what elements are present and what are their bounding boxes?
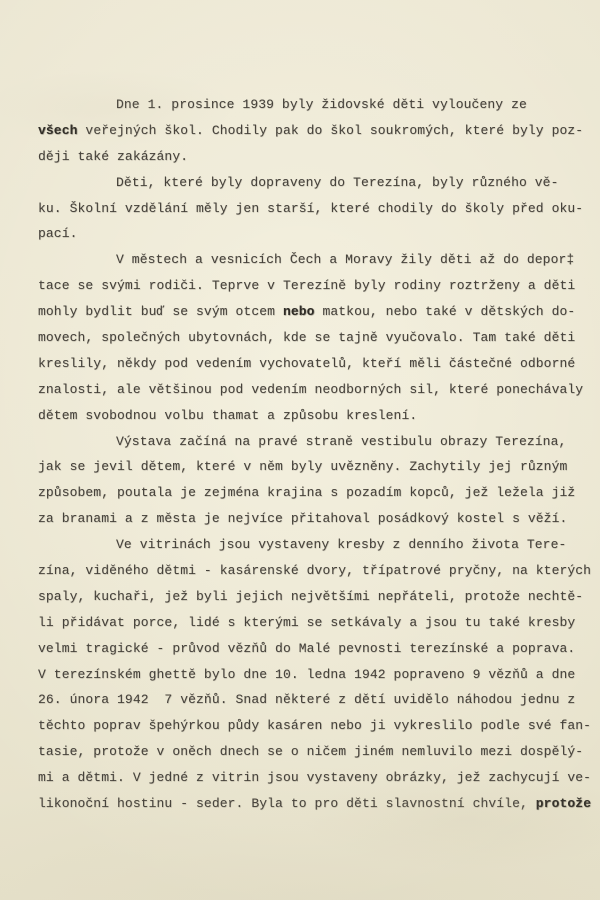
typed-text-block: Dne 1. prosince 1939 byly židovské děti … bbox=[38, 92, 594, 817]
typewritten-line: tace se svými rodiči. Teprve v Terezíně … bbox=[38, 273, 594, 299]
line-segment: těchto poprav špehýrkou půdy kasáren neb… bbox=[38, 718, 591, 733]
line-segment: V městech a vesnicích Čech a Moravy žily… bbox=[116, 252, 574, 267]
typewritten-line: znalosti, ale většinou pod vedením neodb… bbox=[38, 377, 594, 403]
typewritten-line: Ve vitrinách jsou vystaveny kresby z den… bbox=[38, 532, 594, 558]
typewritten-line: 26. února 1942 7 vězňů. Snad některé z d… bbox=[38, 687, 594, 713]
line-segment: Dne 1. prosince 1939 byly židovské děti … bbox=[116, 97, 527, 112]
line-segment: matkou, nebo také v dětských do- bbox=[315, 304, 576, 319]
line-segment: kreslily, někdy pod vedením vychovatelů,… bbox=[38, 356, 575, 371]
typewritten-line: kreslily, někdy pod vedením vychovatelů,… bbox=[38, 351, 594, 377]
typewritten-line: ku. Školní vzdělání měly jen starší, kte… bbox=[38, 196, 594, 222]
document-page: Dne 1. prosince 1939 byly židovské děti … bbox=[0, 0, 600, 900]
line-segment: mohly bydlit buď se svým otcem bbox=[38, 304, 283, 319]
line-segment: mi a dětmi. V jedné z vitrin jsou vystav… bbox=[38, 770, 591, 785]
line-segment: spaly, kuchaři, jež byli jejich největší… bbox=[38, 589, 583, 604]
line-segment: velmi tragické - průvod vězňů do Malé pe… bbox=[38, 641, 575, 656]
typewritten-line: pací. bbox=[38, 221, 594, 247]
line-segment: 26. února 1942 7 vězňů. Snad některé z d… bbox=[38, 692, 575, 707]
typewritten-line: movech, společných ubytovnách, kde se ta… bbox=[38, 325, 594, 351]
typewritten-line: V městech a vesnicích Čech a Moravy žily… bbox=[38, 247, 594, 273]
line-segment: dětem svobodnou volbu thamat a způsobu k… bbox=[38, 408, 417, 423]
line-segment: li přidávat porce, lidé s kterými se set… bbox=[38, 615, 575, 630]
typewritten-line: ději také zakázány. bbox=[38, 144, 594, 170]
typewritten-line: všech veřejných škol. Chodily pak do ško… bbox=[38, 118, 594, 144]
typewritten-line: způsobem, poutala je zejména krajina s p… bbox=[38, 480, 594, 506]
line-segment: Výstava začíná na pravé straně vestibulu… bbox=[116, 434, 566, 449]
typewritten-line: dětem svobodnou volbu thamat a způsobu k… bbox=[38, 403, 594, 429]
line-segment: tasie, protože v oněch dnech se o ničem … bbox=[38, 744, 583, 759]
line-segment: Děti, které byly dopraveny do Terezína, … bbox=[116, 175, 558, 190]
line-segment: pací. bbox=[38, 226, 78, 241]
overstruck-word: protože bbox=[536, 796, 591, 811]
line-segment: ku. Školní vzdělání měly jen starší, kte… bbox=[38, 201, 583, 216]
typewritten-line: V terezínském ghettě bylo dne 10. ledna … bbox=[38, 662, 594, 688]
typewritten-line: spaly, kuchaři, jež byli jejich největší… bbox=[38, 584, 594, 610]
line-segment: jak se jevil dětem, které v něm byly uvě… bbox=[38, 459, 567, 474]
overstruck-word: všech bbox=[38, 123, 78, 138]
line-segment: likonoční hostinu - seder. Byla to pro d… bbox=[38, 796, 536, 811]
line-segment: V terezínském ghettě bylo dne 10. ledna … bbox=[38, 667, 575, 682]
typewritten-line: Děti, které byly dopraveny do Terezína, … bbox=[38, 170, 594, 196]
line-segment: za branami a z města je nejvíce přitahov… bbox=[38, 511, 567, 526]
typewritten-line: velmi tragické - průvod vězňů do Malé pe… bbox=[38, 636, 594, 662]
typewritten-line: mohly bydlit buď se svým otcem nebo matk… bbox=[38, 299, 594, 325]
overstruck-word: nebo bbox=[283, 304, 315, 319]
line-segment: movech, společných ubytovnách, kde se ta… bbox=[38, 330, 575, 345]
typewritten-line: Dne 1. prosince 1939 byly židovské děti … bbox=[38, 92, 594, 118]
typewritten-line: za branami a z města je nejvíce přitahov… bbox=[38, 506, 594, 532]
typewritten-line: li přidávat porce, lidé s kterými se set… bbox=[38, 610, 594, 636]
line-segment: zína, viděného dětmi - kasárenské dvory,… bbox=[38, 563, 591, 578]
typewritten-line: tasie, protože v oněch dnech se o ničem … bbox=[38, 739, 594, 765]
line-segment: Ve vitrinách jsou vystaveny kresby z den… bbox=[116, 537, 566, 552]
typewritten-line: těchto poprav špehýrkou půdy kasáren neb… bbox=[38, 713, 594, 739]
typewritten-line: jak se jevil dětem, které v něm byly uvě… bbox=[38, 454, 594, 480]
typewritten-line: mi a dětmi. V jedné z vitrin jsou vystav… bbox=[38, 765, 594, 791]
line-segment: tace se svými rodiči. Teprve v Terezíně … bbox=[38, 278, 575, 293]
typewritten-line: Výstava začíná na pravé straně vestibulu… bbox=[38, 429, 594, 455]
typewritten-line: likonoční hostinu - seder. Byla to pro d… bbox=[38, 791, 594, 817]
typewritten-line: zína, viděného dětmi - kasárenské dvory,… bbox=[38, 558, 594, 584]
line-segment: ději také zakázány. bbox=[38, 149, 188, 164]
line-segment: znalosti, ale většinou pod vedením neodb… bbox=[38, 382, 583, 397]
line-segment: veřejných škol. Chodily pak do škol souk… bbox=[78, 123, 584, 138]
line-segment: způsobem, poutala je zejména krajina s p… bbox=[38, 485, 575, 500]
